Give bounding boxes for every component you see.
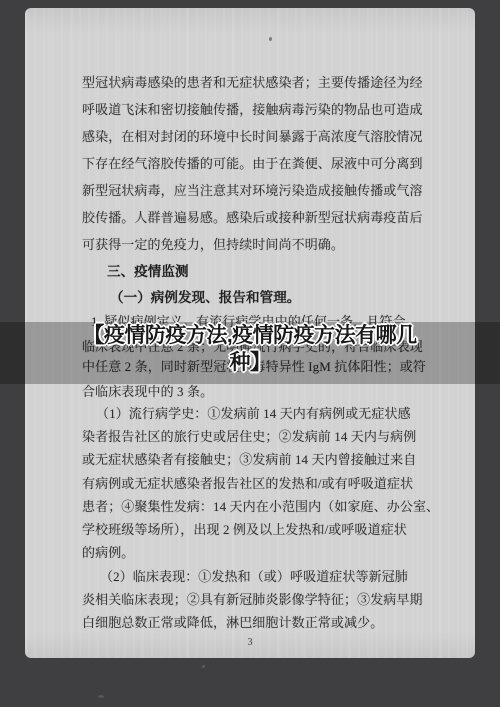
scan-artifact-dot xyxy=(202,665,205,668)
page-number: 3 xyxy=(0,637,500,648)
document-line: 下存在经气溶胶传播的可能。由于在粪便、尿液中可分离到 xyxy=(82,157,423,171)
scan-artifact-dot xyxy=(98,695,104,698)
document-line: 可获得一定的免疫力，但持续时间尚不明确。 xyxy=(82,238,344,252)
document-line: 的病例。 xyxy=(82,546,134,560)
screenshot-root: 型冠状病毒感染的患者和无症状感染者；主要传播途径为经 呼吸道飞沫和密切接触传播，… xyxy=(0,0,500,707)
document-line: 有病例或无症状感染者报告社区的发热和/或有呼吸道症状 xyxy=(82,477,413,491)
scan-artifact-dot xyxy=(269,37,272,41)
document-line: 合临床表现中的 3 条。 xyxy=(82,385,213,399)
document-line: 患者；④聚集性发病：14 天内在小范围内（如家庭、办公室、 xyxy=(82,500,439,514)
document-line: 型冠状病毒感染的患者和无症状感染者；主要传播途径为经 xyxy=(82,76,423,90)
document-line: 胶传播。人群普遍易感。感染后或接种新型冠状病毒疫苗后 xyxy=(82,211,423,225)
document-line: 炎相关临床表现；②具有新冠肺炎影像学特征；③发病早期 xyxy=(82,593,423,607)
document-line: 感染，在相对封闭的环境中长时间暴露于高浓度气溶胶情况 xyxy=(82,130,423,144)
watermark-title-line2: 种】 xyxy=(0,349,500,376)
watermark-title: 【疫情防疫方法,疫情防疫方法有哪几 种】 xyxy=(0,322,500,376)
subsection-heading-line: （一）病例发现、报告和管理。 xyxy=(110,291,300,305)
document-line: （2）临床表现：①发热和（或）呼吸道症状等新冠肺 xyxy=(100,570,408,584)
document-line: 染者报告社区的旅行史或居住史；②发病前 14 天内与病例 xyxy=(82,430,416,444)
document-line: 或无症状感染者有接触史；③发病前 14 天内曾接触过来自 xyxy=(82,453,416,467)
document-line: （1）流行病学史：①发病前 14 天内有病例或无症状感 xyxy=(96,407,411,421)
document-line: 新型冠状病毒，应当注意其对环境污染造成接触传播或气溶 xyxy=(82,184,423,198)
watermark-title-line1: 【疫情防疫方法,疫情防疫方法有哪几 xyxy=(0,322,500,349)
section-heading-line: 三、疫情监测 xyxy=(107,265,189,279)
document-line: 学校班级等场所），出现 2 例及以上发热和/或呼吸道症状 xyxy=(82,523,407,537)
document-line: 呼吸道飞沫和密切接触传播，接触病毒污染的物品也可造成 xyxy=(82,103,423,117)
document-line: 白细胞总数正常或降低，淋巴细胞计数正常或减少。 xyxy=(82,616,383,630)
